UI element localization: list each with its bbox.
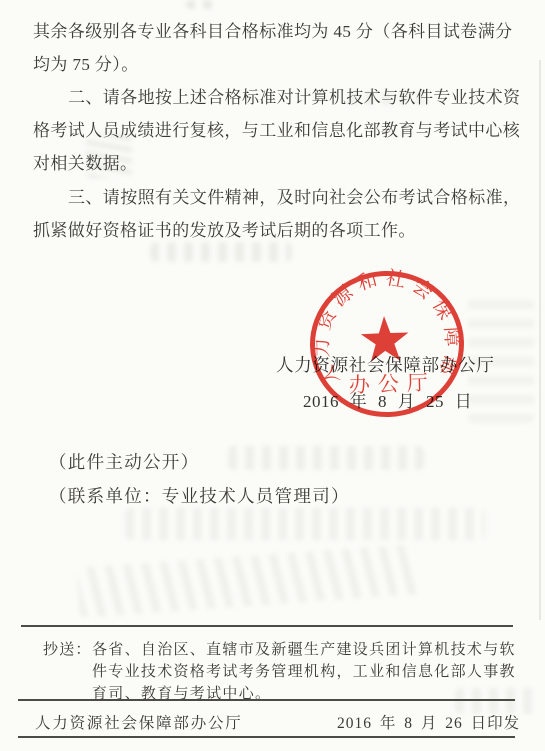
page-edge-shadow (539, 60, 541, 620)
body-line: 格考试人员成绩进行复核，与工业和信息化部教育与考试中心核 (33, 121, 520, 140)
scan-artifact (228, 446, 424, 470)
body-line: 二、请各地按上述合格标准对计算机技术与软件专业技术资 (68, 88, 520, 107)
body-line: 其余各级别各专业各科目合格标准均为 45 分（各科目试卷满分 (33, 22, 513, 41)
official-seal: 人力资源和社会保障部 办公厅 (301, 258, 473, 430)
note-contact-unit: （联系单位：专业技术人员管理司） (49, 483, 350, 508)
scan-artifact (150, 242, 292, 262)
footer-print-date: 2016 年 8 月 26 日印发 (337, 711, 520, 733)
scan-artifact (77, 544, 420, 618)
note-publicity: （此件主动公开） (49, 449, 199, 474)
cc-line: 件专业技术资格考试考务管理机构，工业和信息化部人事教 (92, 660, 516, 681)
cc-line: 各省、自治区、直辖市及新疆生产建设兵团计算机技术与软 (92, 638, 516, 659)
footer-issuer: 人力资源社会保障部办公厅 (35, 711, 243, 733)
body-line: 三、请按照有关文件精神，及时向社会公布考试合格标准， (68, 188, 520, 207)
cc-label: 抄送： (43, 638, 92, 659)
body-line: 抓紧做好资格证书的发放及考试后期的各项工作。 (33, 221, 416, 240)
footer-top-rule (18, 699, 515, 701)
body-line: 均为 75 分）。 (33, 55, 139, 74)
star-icon (360, 315, 409, 362)
cc-separator-rule (21, 625, 513, 627)
footer-bottom-rule (18, 736, 515, 738)
scan-artifact (125, 508, 485, 540)
body-line: 对相关数据。 (33, 154, 137, 173)
seal-bottom-text: 办公厅 (349, 370, 437, 397)
scanned-official-document: 其余各级别各专业各科目合格标准均为 45 分（各科目试卷满分 均为 75 分）。… (0, 0, 545, 751)
scan-artifact (186, 0, 220, 9)
